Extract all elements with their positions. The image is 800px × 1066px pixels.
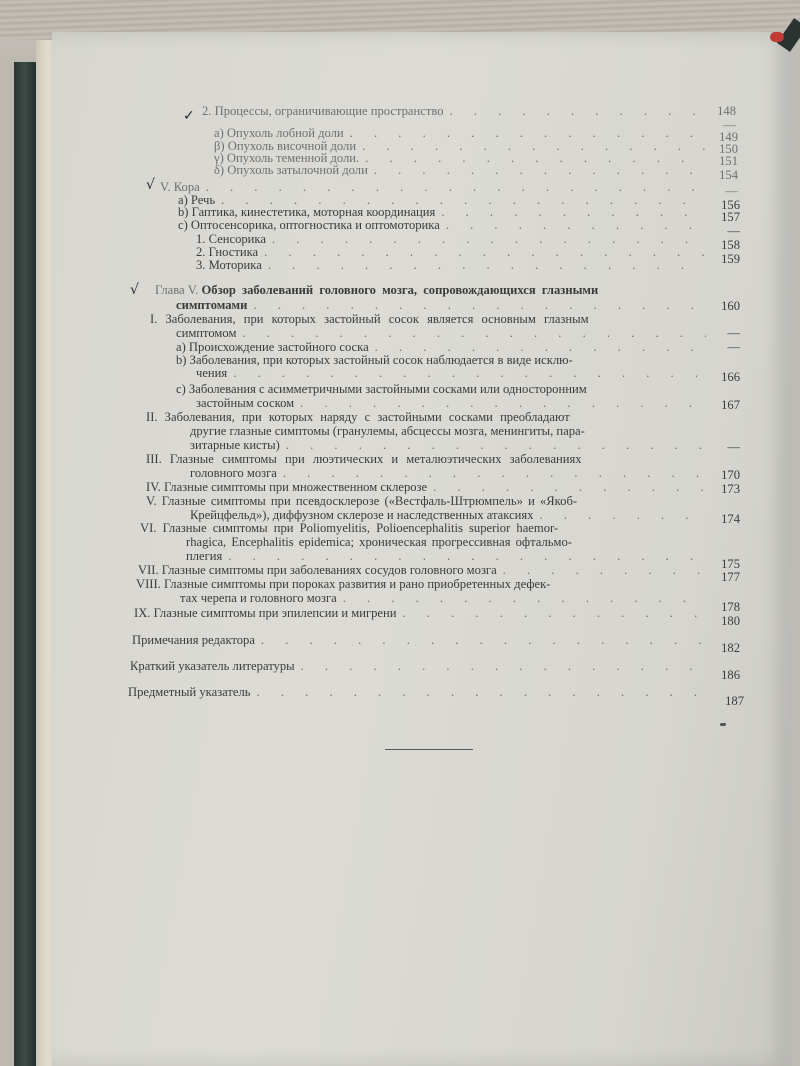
page-number: 166: [700, 370, 740, 384]
toc-entry: IX. Глазные симптомы при эпилепсии и миг…: [134, 606, 712, 620]
toc-entry-cont: другие глазные симптомы (гранулемы, абсц…: [190, 424, 585, 438]
toc-entry: III. Глазные симптомы при люэтических и …: [146, 452, 582, 466]
chapter-heading-cont: симптомами: [176, 298, 712, 312]
ink-smudge: [720, 723, 726, 726]
toc-entry: 2. Гностика: [196, 245, 712, 259]
page-number: 160: [700, 299, 740, 313]
end-rule-divider: [385, 749, 473, 750]
table-of-contents: ✓ 2. Процессы, ограничивающие пространст…: [0, 0, 800, 1066]
toc-entry: I. Заболевания, при которых застойный со…: [150, 312, 589, 326]
toc-entry: b) Заболевания, при которых застойный со…: [176, 353, 573, 367]
toc-entry: VII. Глазные симптомы при заболеваниях с…: [138, 563, 712, 577]
toc-entry-cont: чения: [196, 366, 712, 380]
toc-entry: c) Оптосенсорика, оптогностика и оптомот…: [178, 218, 712, 232]
toc-entry: δ) Опухоль затылочной доли: [214, 163, 712, 177]
toc-entry: Примечания редактора: [132, 633, 712, 647]
toc-entry: a) Происхождение застойного соска: [176, 340, 712, 354]
page-number: 187: [704, 694, 744, 708]
page-number: 173: [700, 482, 740, 496]
page-number: 182: [700, 641, 740, 655]
checkmark-icon: √: [130, 282, 139, 298]
toc-entry: b) Гаптика, кинестетика, моторная коорди…: [178, 205, 712, 219]
toc-entry-cont: rhagica, Encephalitis epidemica; хрониче…: [186, 535, 572, 549]
toc-entry: II. Заболевания, при которых наряду с за…: [146, 410, 570, 424]
checkmark-icon: √: [146, 177, 155, 193]
toc-entry: V. Глазные симптомы при псевдосклерозе (…: [146, 494, 577, 508]
page-number: 186: [700, 668, 740, 682]
toc-entry-cont: плегия: [186, 549, 712, 563]
toc-entry: IV. Глазные симптомы при множественном с…: [146, 480, 712, 494]
toc-entry-cont: зитарные кисты): [190, 438, 712, 452]
toc-entry-cont: застойным соском: [196, 396, 712, 410]
toc-entry: VIII. Глазные симптомы при пороках разви…: [136, 577, 550, 591]
page-number: —: [700, 326, 740, 340]
toc-entry-cont: симптомом: [176, 326, 712, 340]
toc-entry: 1. Сенсорика: [196, 232, 712, 246]
toc-entry: Предметный указатель: [128, 685, 712, 699]
toc-entry: 3. Моторика: [196, 258, 712, 272]
page-number: 167: [700, 398, 740, 412]
toc-entry: VI. Глазные симптомы при Poliomyelitis, …: [140, 521, 558, 535]
toc-entry-cont: Крейцфельд»), диффузном склерозе и насле…: [190, 508, 712, 522]
toc-entry: V. Кора: [160, 180, 712, 194]
chapter-heading: Глава V. Обзор заболеваний головного моз…: [155, 283, 598, 297]
toc-entry: 2. Процессы, ограничивающие пространство: [202, 104, 712, 118]
page-number: 177: [700, 570, 740, 584]
page-number: 148: [696, 104, 736, 118]
page-number: —: [700, 440, 740, 454]
toc-entry-cont: головного мозга: [190, 466, 712, 480]
page-number: —: [700, 340, 740, 354]
toc-entry: c) Заболевания с асимметричными застойны…: [176, 382, 587, 396]
checkmark-icon: ✓: [183, 108, 195, 124]
toc-entry-cont: тах черепа и головного мозга: [180, 591, 712, 605]
toc-entry: Краткий указатель литературы: [130, 659, 712, 673]
page-number: 174: [700, 512, 740, 526]
toc-entry: a) Опухоль лобной доли: [214, 126, 712, 140]
page-number: 180: [700, 614, 740, 628]
